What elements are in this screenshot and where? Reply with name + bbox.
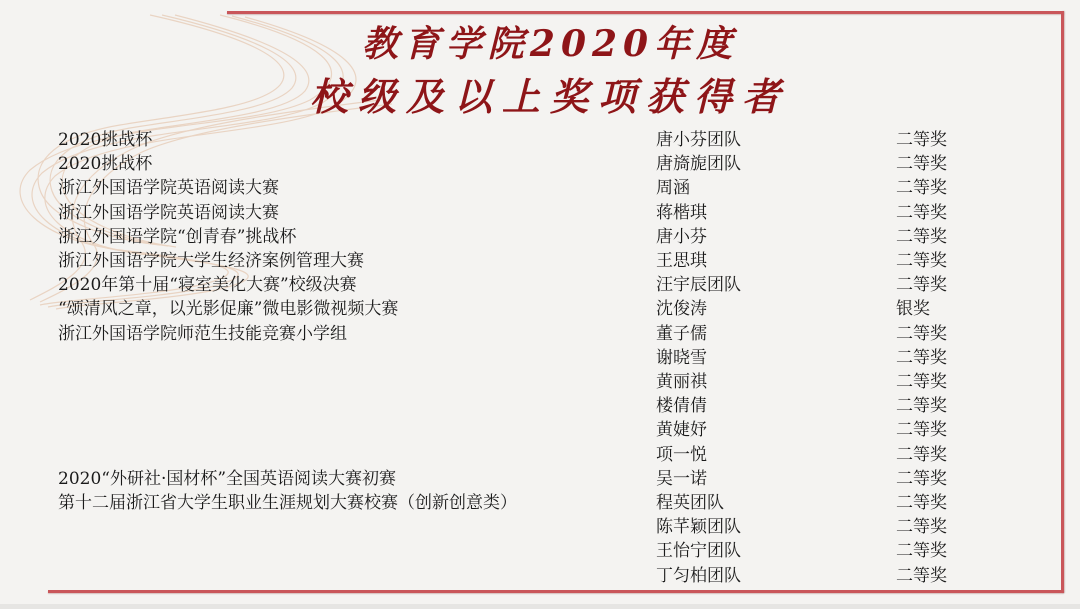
winner-name: 汪宇辰团队 <box>656 273 741 297</box>
award-row: 浙江外国语学院英语阅读大赛周涵二等奖 <box>0 176 1080 200</box>
winner-name: 谢晓雪 <box>656 346 707 370</box>
competition-name: 浙江外国语学院师范生技能竞赛小学组 <box>58 322 347 346</box>
award-level: 二等奖 <box>896 273 947 297</box>
winner-name: 王思琪 <box>656 249 707 273</box>
frame-top-border <box>227 11 1064 14</box>
award-row: 浙江外国语学院大学生经济案例管理大赛王思琪二等奖 <box>0 249 1080 273</box>
winner-name: 唐小芬团队 <box>656 128 741 152</box>
competition-name: 2020挑战杯 <box>58 128 152 152</box>
award-level: 二等奖 <box>896 201 947 225</box>
award-level: 二等奖 <box>896 491 947 515</box>
page-title-line-1: 教育学院2020年度 <box>300 22 800 66</box>
award-level: 二等奖 <box>896 370 947 394</box>
award-row: 第十二届浙江省大学生职业生涯规划大赛校赛（创新创意类）程英团队二等奖 <box>0 491 1080 515</box>
award-row: “颂清风之章，以光影促廉”微电影微视频大赛沈俊涛银奖 <box>0 297 1080 321</box>
award-row: 黄婕妤二等奖 <box>0 418 1080 442</box>
winner-name: 丁匀柏团队 <box>656 564 741 588</box>
award-row: 丁匀柏团队二等奖 <box>0 564 1080 588</box>
competition-name: 2020年第十届“寝室美化大赛”校级决赛 <box>58 273 357 297</box>
award-row: 楼倩倩二等奖 <box>0 394 1080 418</box>
award-level: 二等奖 <box>896 128 947 152</box>
winner-name: 黄婕妤 <box>656 418 707 442</box>
winner-name: 唐旖旎团队 <box>656 152 741 176</box>
award-row: 2020“外研社·国材杯”全国英语阅读大赛初赛吴一诺二等奖 <box>0 467 1080 491</box>
slide: 教育学院2020年度 校级及以上奖项获得者 2020挑战杯唐小芬团队二等奖 20… <box>0 0 1080 609</box>
winner-name: 项一悦 <box>656 443 707 467</box>
award-row: 2020挑战杯唐旖旎团队二等奖 <box>0 152 1080 176</box>
competition-name: “颂清风之章，以光影促廉”微电影微视频大赛 <box>58 297 398 321</box>
award-row: 浙江外国语学院师范生技能竞赛小学组董子儒二等奖 <box>0 322 1080 346</box>
award-row: 谢晓雪二等奖 <box>0 346 1080 370</box>
award-row: 浙江外国语学院“创青春”挑战杯唐小芬二等奖 <box>0 225 1080 249</box>
winner-name: 唐小芬 <box>656 225 707 249</box>
winner-name: 周涵 <box>656 176 690 200</box>
award-level: 二等奖 <box>896 443 947 467</box>
award-row: 2020年第十届“寝室美化大赛”校级决赛汪宇辰团队二等奖 <box>0 273 1080 297</box>
page-title-line-2: 校级及以上奖项获得者 <box>300 74 800 120</box>
winner-name: 楼倩倩 <box>656 394 707 418</box>
award-level: 二等奖 <box>896 249 947 273</box>
winner-name: 蒋楷琪 <box>656 201 707 225</box>
winner-name: 董子儒 <box>656 322 707 346</box>
award-row: 陈芊颖团队二等奖 <box>0 515 1080 539</box>
award-level: 二等奖 <box>896 346 947 370</box>
award-row: 项一悦二等奖 <box>0 443 1080 467</box>
award-level: 二等奖 <box>896 564 947 588</box>
winner-name: 黄丽祺 <box>656 370 707 394</box>
award-row: 王怡宁团队二等奖 <box>0 539 1080 563</box>
award-row: 2020挑战杯唐小芬团队二等奖 <box>0 128 1080 152</box>
award-level: 二等奖 <box>896 176 947 200</box>
award-level: 二等奖 <box>896 467 947 491</box>
award-row: 黄丽祺二等奖 <box>0 370 1080 394</box>
slide-bottom-edge <box>0 604 1080 609</box>
award-level: 银奖 <box>896 297 930 321</box>
award-level: 二等奖 <box>896 418 947 442</box>
winner-name: 吴一诺 <box>656 467 707 491</box>
award-level: 二等奖 <box>896 539 947 563</box>
winner-name: 陈芊颖团队 <box>656 515 741 539</box>
competition-name: 浙江外国语学院大学生经济案例管理大赛 <box>58 249 364 273</box>
competition-name: 2020挑战杯 <box>58 152 152 176</box>
frame-bottom-border <box>48 590 1064 593</box>
award-level: 二等奖 <box>896 394 947 418</box>
award-level: 二等奖 <box>896 322 947 346</box>
award-level: 二等奖 <box>896 152 947 176</box>
competition-name: 第十二届浙江省大学生职业生涯规划大赛校赛（创新创意类） <box>58 491 517 515</box>
competition-name: 浙江外国语学院英语阅读大赛 <box>58 201 279 225</box>
competition-name: 2020“外研社·国材杯”全国英语阅读大赛初赛 <box>58 467 396 491</box>
award-row: 浙江外国语学院英语阅读大赛蒋楷琪二等奖 <box>0 201 1080 225</box>
award-level: 二等奖 <box>896 515 947 539</box>
competition-name: 浙江外国语学院“创青春”挑战杯 <box>58 225 296 249</box>
award-level: 二等奖 <box>896 225 947 249</box>
competition-name: 浙江外国语学院英语阅读大赛 <box>58 176 279 200</box>
winner-name: 程英团队 <box>656 491 724 515</box>
winner-name: 沈俊涛 <box>656 297 707 321</box>
winner-name: 王怡宁团队 <box>656 539 741 563</box>
